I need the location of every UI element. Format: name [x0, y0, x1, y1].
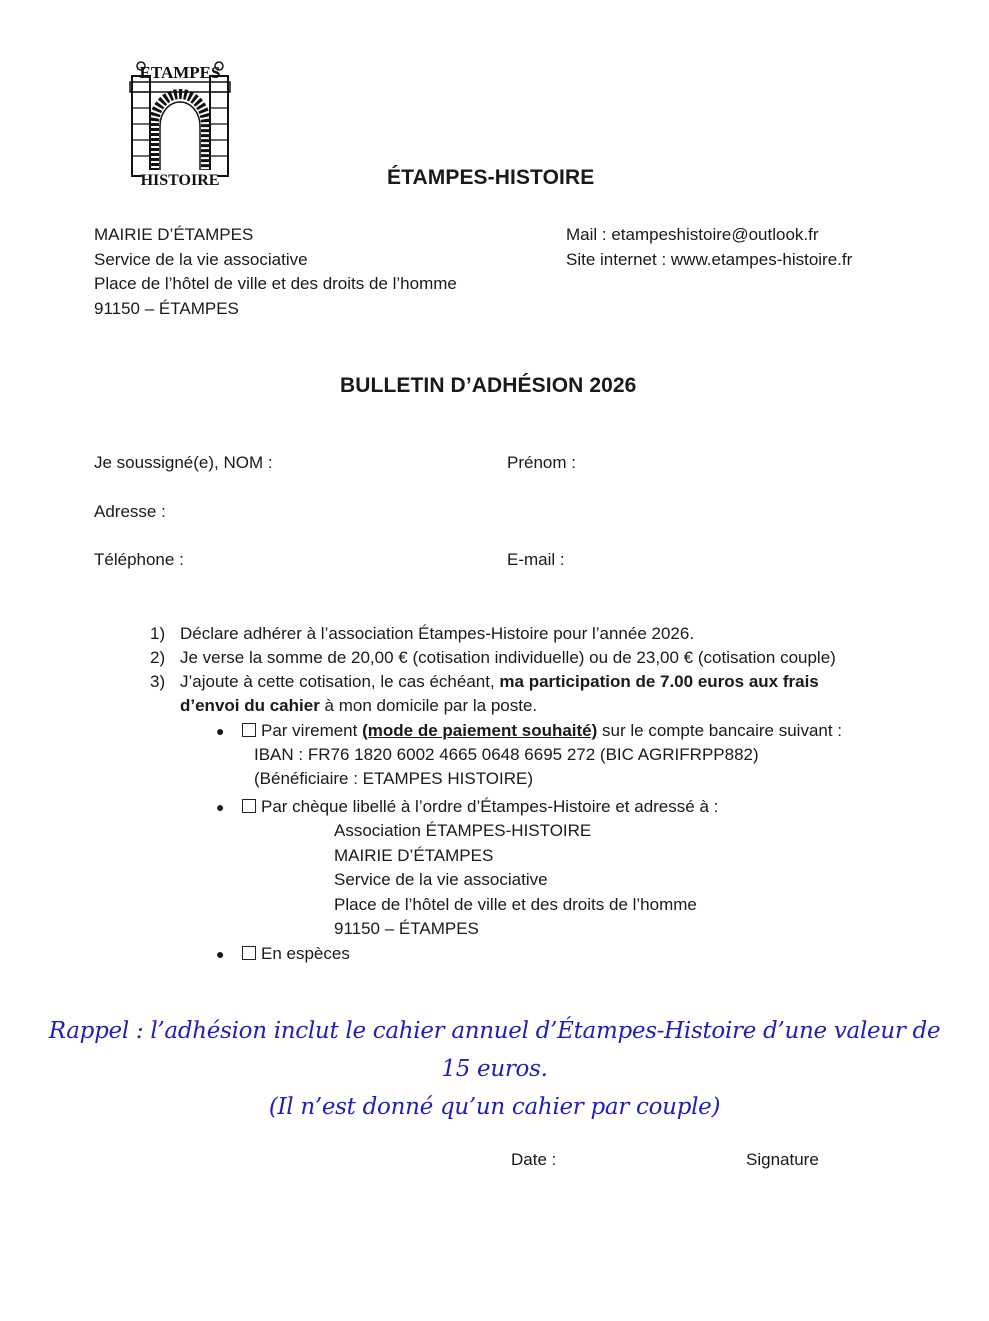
contact-block: Mail : etampeshistoire@outlook.fr Site i…: [566, 223, 852, 272]
payment-option-virement: Par virement (mode de paiement souhaité)…: [242, 719, 842, 744]
field-nom-label: Je soussigné(e), NOM :: [94, 453, 273, 473]
cheque-address-line: Association ÉTAMPES-HISTOIRE: [334, 819, 697, 844]
payment-option-especes: En espèces: [242, 942, 350, 967]
field-telephone-label: Téléphone :: [94, 550, 184, 570]
cheque-address-line: Place de l’hôtel de ville et des droits …: [334, 893, 697, 918]
reminder-line-1: Rappel : l’adhésion inclut le cahier ann…: [0, 1018, 989, 1044]
mail-link[interactable]: etampeshistoire@outlook.fr: [611, 225, 818, 244]
field-adresse-label: Adresse :: [94, 502, 166, 522]
svg-text:ETAMPES: ETAMPES: [140, 63, 221, 82]
stone-arch-logo-icon: ETAMPES HISTOIRE: [126, 54, 234, 188]
beneficiary: (Bénéficiaire : ETAMPES HISTOIRE): [254, 767, 533, 792]
bullet-icon: ●: [216, 723, 224, 739]
mail-line: Mail : etampeshistoire@outlook.fr: [566, 223, 852, 248]
list-item-continuation: d’envoi du cahier à mon domicile par la …: [180, 694, 537, 719]
especes-checkbox[interactable]: [242, 946, 256, 960]
cheque-checkbox[interactable]: [242, 799, 256, 813]
cheque-address-line: MAIRIE D’ÉTAMPES: [334, 844, 697, 869]
bullet-icon: ●: [216, 799, 224, 815]
signature-label: Signature: [746, 1150, 819, 1170]
address-block: MAIRIE D’ÉTAMPES Service de la vie assoc…: [94, 223, 457, 321]
list-item: 2) Je verse la somme de 20,00 € (cotisat…: [150, 646, 836, 671]
reminder-line-3: (Il n’est donné qu’un cahier par couple): [0, 1094, 989, 1120]
iban: IBAN : FR76 1820 6002 4665 0648 6695 272…: [254, 743, 759, 768]
organization-title: ÉTAMPES-HISTOIRE: [387, 166, 594, 190]
site-link[interactable]: www.etampes-histoire.fr: [671, 250, 852, 269]
address-line: 91150 – ÉTAMPES: [94, 297, 457, 322]
etampes-histoire-logo: ETAMPES HISTOIRE: [126, 54, 234, 188]
cheque-address-line: Service de la vie associative: [334, 868, 697, 893]
list-item: 1) Déclare adhérer à l’association Étamp…: [150, 622, 694, 647]
svg-text:HISTOIRE: HISTOIRE: [141, 172, 220, 188]
address-line: Place de l’hôtel de ville et des droits …: [94, 272, 457, 297]
payment-option-cheque: Par chèque libellé à l’ordre d’Étampes-H…: [242, 795, 718, 820]
virement-checkbox[interactable]: [242, 723, 256, 737]
reminder-line-2: 15 euros.: [0, 1056, 989, 1082]
bullet-icon: ●: [216, 946, 224, 962]
field-email-label: E-mail :: [507, 550, 565, 570]
list-item: 3) J’ajoute à cette cotisation, le cas é…: [150, 670, 819, 695]
site-line: Site internet : www.etampes-histoire.fr: [566, 248, 852, 273]
date-label: Date :: [511, 1150, 556, 1170]
form-title: BULLETIN D’ADHÉSION 2026: [340, 374, 636, 398]
cheque-address: Association ÉTAMPES-HISTOIRE MAIRIE D’ÉT…: [334, 819, 697, 942]
field-prenom-label: Prénom :: [507, 453, 576, 473]
address-line: MAIRIE D’ÉTAMPES: [94, 223, 457, 248]
address-line: Service de la vie associative: [94, 248, 457, 273]
cheque-address-line: 91150 – ÉTAMPES: [334, 917, 697, 942]
